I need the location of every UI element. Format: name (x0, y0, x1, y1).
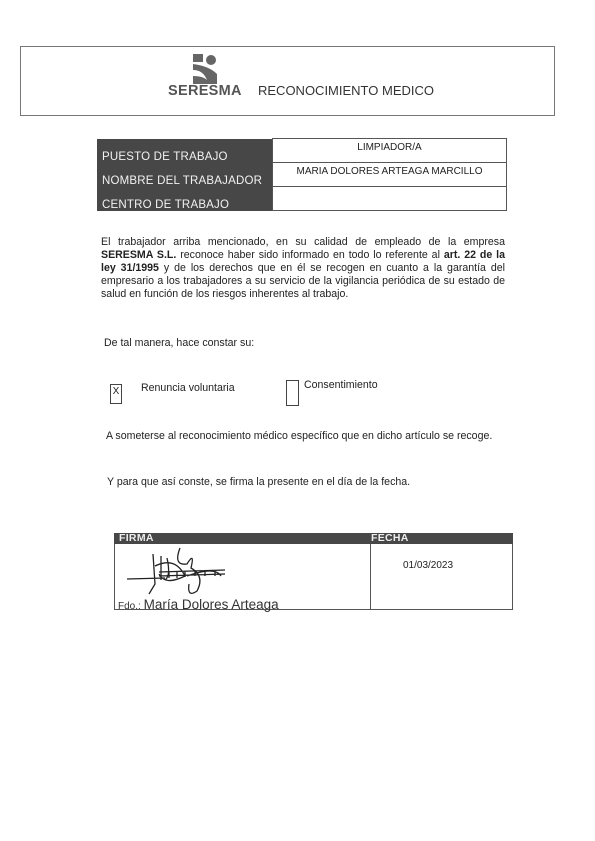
text: reconoce haber sido informado en todo lo… (176, 249, 444, 261)
table-row: NOMBRE DEL TRABAJADOR MARIA DOLORES ARTE… (97, 163, 507, 187)
statement-paragraph: El trabajador arriba mencionado, en su c… (101, 236, 505, 301)
worker-name-value: MARIA DOLORES ARTEAGA MARCILLO (273, 163, 507, 187)
renuncia-checkbox[interactable]: X (110, 384, 122, 404)
work-center-value (273, 187, 507, 211)
table-row: PUESTO DE TRABAJO LIMPIADOR/A (97, 139, 507, 163)
consentimiento-checkbox[interactable] (286, 380, 299, 406)
column-divider (370, 544, 371, 610)
declaration-intro: De tal manera, hace constar su: (104, 337, 254, 349)
date-value: 01/03/2023 (403, 560, 453, 571)
job-position-value: LIMPIADOR/A (273, 139, 507, 163)
text: y de los derechos que en él se recogen e… (101, 262, 505, 300)
text: El trabajador arriba mencionado, en su c… (101, 236, 505, 248)
document-title: RECONOCIMIENTO MEDICO (258, 83, 434, 98)
worker-info-table: PUESTO DE TRABAJO LIMPIADOR/A NOMBRE DEL… (97, 138, 507, 211)
firma-label: FIRMA (119, 532, 154, 544)
table-row: CENTRO DE TRABAJO (97, 187, 507, 211)
signature-header: FIRMA FECHA (114, 533, 513, 544)
brand-name: SERESMA (168, 83, 242, 99)
header-box (20, 46, 555, 116)
field-label: NOMBRE DEL TRABAJADOR (97, 163, 273, 187)
fdo-prefix: Fdo.: (118, 601, 141, 612)
field-label: CENTRO DE TRABAJO (97, 187, 273, 211)
company-name: SERESMA S.L. (101, 249, 176, 261)
submission-text: A someterse al reconocimiento médico esp… (106, 430, 492, 442)
renuncia-label: Renuncia voluntaria (141, 382, 235, 394)
signer-name: María Dolores Arteaga (144, 597, 279, 612)
closing-text: Y para que así conste, se firma la prese… (107, 476, 410, 488)
signer-line: Fdo.: María Dolores Arteaga (118, 597, 279, 612)
signature-table: FIRMA FECHA 01/03/2023 Fdo.: María Dolor… (114, 533, 513, 610)
fecha-label: FECHA (371, 532, 409, 544)
consentimiento-label: Consentimiento (304, 379, 378, 391)
seresma-logo-icon (193, 54, 219, 84)
signature-body: 01/03/2023 Fdo.: María Dolores Arteaga (114, 544, 513, 610)
field-label: PUESTO DE TRABAJO (97, 139, 273, 163)
